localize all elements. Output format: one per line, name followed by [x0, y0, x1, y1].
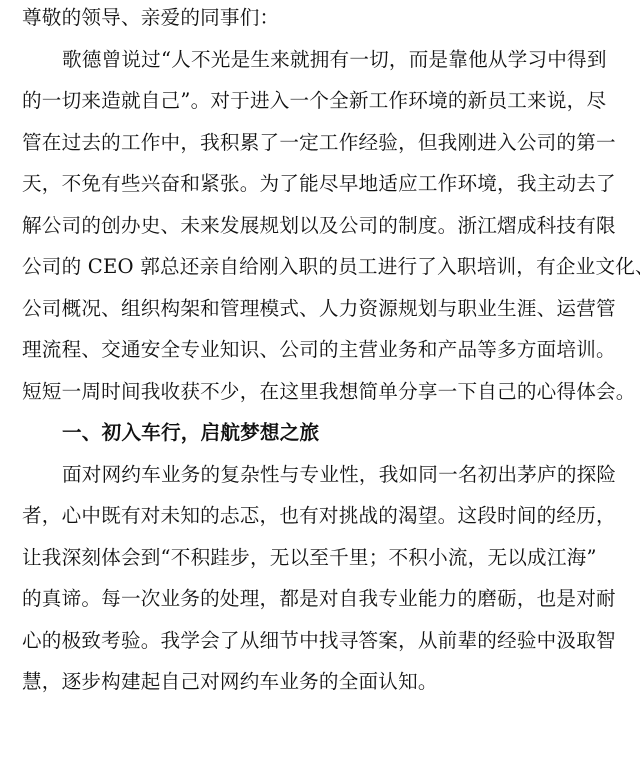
- paragraph-line: 歌德曾说过“人不光是生来就拥有一切，而是靠他从学习中得到: [22, 39, 634, 81]
- paragraph-line: 天，不免有些兴奋和紧张。为了能尽早地适应工作环境，我主动去了: [22, 163, 634, 205]
- section-paragraph: 面对网约车业务的复杂性与专业性，我如同一名初出茅庐的探险 者，心中既有对未知的忐…: [22, 454, 634, 703]
- paragraph-line: 者，心中既有对未知的忐忑，也有对挑战的渴望。这段时间的经历，: [22, 495, 634, 537]
- paragraph-line: 慧，逐步构建起自己对网约车业务的全面认知。: [22, 661, 634, 703]
- paragraph-line: 公司概况、组织构架和管理模式、人力资源规划与职业生涯、运营管: [22, 288, 634, 330]
- paragraph-line: 短短一周时间我收获不少，在这里我想简单分享一下自己的心得体会。: [22, 371, 634, 413]
- paragraph-line: 面对网约车业务的复杂性与专业性，我如同一名初出茅庐的探险: [22, 454, 634, 496]
- paragraph-line: 解公司的创办史、未来发展规划以及公司的制度。浙江熠成科技有限: [22, 205, 634, 247]
- paragraph-line: 管在过去的工作中，我积累了一定工作经验，但我刚进入公司的第一: [22, 122, 634, 164]
- salutation: 尊敬的领导、亲爱的同事们：: [22, 0, 634, 39]
- intro-paragraph: 歌德曾说过“人不光是生来就拥有一切，而是靠他从学习中得到 的一切来造就自己”。对…: [22, 39, 634, 413]
- paragraph-line: 公司的 CEO 郭总还亲自给刚入职的员工进行了入职培训，有企业文化、: [22, 246, 634, 288]
- paragraph-line: 理流程、交通安全专业知识、公司的主营业务和产品等多方面培训。: [22, 329, 634, 371]
- paragraph-line: 的真谛。每一次业务的处理，都是对自我专业能力的磨砺，也是对耐: [22, 578, 634, 620]
- paragraph-line: 让我深刻体会到“不积跬步，无以至千里；不积小流，无以成江海”: [22, 537, 634, 579]
- section-heading: 一、初入车行，启航梦想之旅: [22, 412, 634, 454]
- document-body: 尊敬的领导、亲爱的同事们： 歌德曾说过“人不光是生来就拥有一切，而是靠他从学习中…: [22, 0, 634, 703]
- paragraph-line: 的一切来造就自己”。对于进入一个全新工作环境的新员工来说，尽: [22, 80, 634, 122]
- paragraph-line: 心的极致考验。我学会了从细节中找寻答案，从前辈的经验中汲取智: [22, 620, 634, 662]
